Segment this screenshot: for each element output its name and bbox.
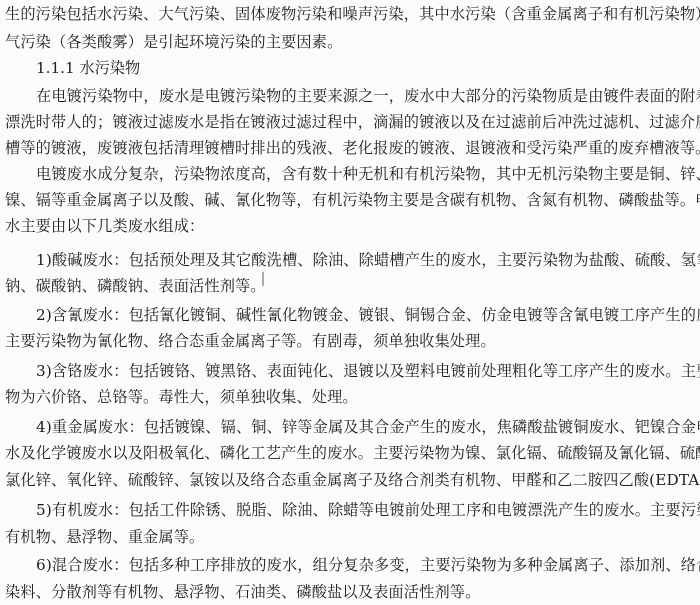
section-heading: 1.1.1 水污染物 [36, 57, 140, 79]
item-3-line-2: 物为六价铬、总铬等。毒性大，须单独收集、处理。 [5, 386, 697, 408]
paragraph-2-line-1: 电镀废水成分复杂，污染物浓度高，含有数十种无机和有机污染物，其中无机污染物主要是… [36, 163, 697, 185]
item-4-line-2: 水及化学镀废水以及阳极氧化、磷化工艺产生的废水。主要污染物为镍、氯化镉、硫酸镉及… [5, 442, 697, 464]
paragraph-1-line-3: 槽等的镀液，废镀液包括清理镀槽时排出的残液、老化报废的镀液、退镀液和受污染严重的… [5, 137, 697, 159]
item-2-line-2: 主要污染物为氰化物、络合态重金属离子等。有剧毒，须单独收集处理。 [5, 330, 697, 352]
scan-artifact-mark [262, 272, 264, 286]
item-3-line-1: 3)含铬废水：包括镀铬、镀黑铬、表面钝化、退镀以及塑料电镀前处理粗化等工序产生的… [36, 360, 697, 382]
item-2-line-1: 2)含氰废水：包括氰化镀铜、碱性氰化物镀金、镀银、铜锡合金、仿金电镀等含氰电镀工… [36, 304, 697, 326]
item-5-line-2: 有机物、悬浮物、重金属等。 [5, 526, 697, 548]
scanned-page: 生的污染包括水污染、大气污染、固体废物污染和噪声污染，其中水污染（含重金属离子和… [0, 0, 700, 605]
item-5-line-1: 5)有机废水：包括工件除锈、脱脂、除油、除蜡等电镀前处理工序和电镀漂洗产生的废水… [36, 499, 697, 521]
intro-line-2: 气污染（各类酸雾）是引起环境污染的主要因素。 [5, 31, 697, 53]
item-6-line-1: 6)混合废水：包括多种工序排放的废水，组分复杂多变，主要污染物为多种金属离子、添… [36, 554, 697, 576]
item-6-line-2: 染料、分散剂等有机物、悬浮物、石油类、磷酸盐以及表面活性剂等。 [5, 581, 697, 603]
paragraph-2-line-2: 镍、镉等重金属离子以及酸、碱、氰化物等，有机污染物主要是含碳有机物、含氮有机物、… [5, 189, 697, 211]
paragraph-1-line-2: 漂洗时带人的；镀液过滤废水是指在镀液过滤过程中，滴漏的镀液以及在过滤前后冲洗过滤… [5, 111, 697, 133]
item-1-line-2: 钠、碳酸钠、磷酸钠、表面活性剂等。 [5, 275, 697, 297]
item-4-line-3: 氯化锌、氧化锌、硫酸锌、氯铵以及络合态重金属离子及络合剂类有机物、甲醛和乙二胺四… [5, 469, 697, 491]
item-1-line-1: 1)酸碱废水：包括预处理及其它酸洗槽、除油、除蜡槽产生的废水，主要污染物为盐酸、… [36, 249, 697, 271]
paragraph-1-line-1: 在电镀污染物中，废水是电镀污染物的主要来源之一，废水中大部分的污染物质是由镀件表… [36, 85, 697, 107]
paragraph-2-line-3: 水主要由以下几类废水组成： [5, 215, 697, 237]
item-4-line-1: 4)重金属废水：包括镀镍、镉、铜、锌等金属及其合金产生的废水，焦磷酸盐镀铜废水、… [36, 416, 697, 438]
intro-line-1: 生的污染包括水污染、大气污染、固体废物污染和噪声污染，其中水污染（含重金属离子和… [5, 3, 697, 25]
